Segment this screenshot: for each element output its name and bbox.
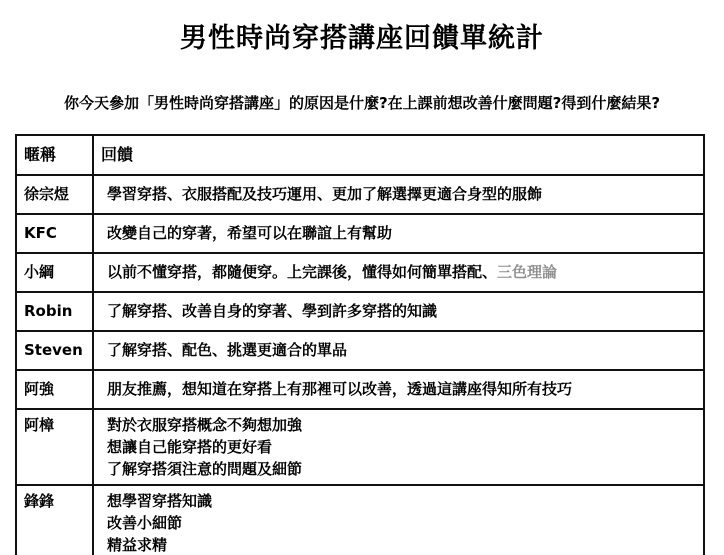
nickname-cell: Steven: [16, 331, 93, 370]
table-row: 小綱 以前不懂穿搭，都隨便穿。上完課後，懂得如何簡單搭配、三色理論: [16, 253, 704, 292]
document-page: 男性時尚穿搭講座回饋單統計 你今天參加「男性時尚穿搭講座」的原因是什麼?在上課前…: [0, 0, 724, 555]
table-row: Steven 了解穿搭、配色、挑選更適合的單品: [16, 331, 704, 370]
nickname-cell: 阿樟: [16, 409, 93, 485]
table-row: KFC 改變自己的穿著，希望可以在聯誼上有幫助: [16, 214, 704, 253]
feedback-text: 以前不懂穿搭，都隨便穿。上完課後，懂得如何簡單搭配、: [107, 263, 497, 281]
table-row: 阿強 朋友推薦，想知道在穿搭上有那裡可以改善，透過這講座得知所有技巧: [16, 370, 704, 409]
feedback-table: 暱稱 回饋 徐宗煜 學習穿搭、衣服搭配及技巧運用、更加了解選擇更適合身型的服飾 …: [15, 134, 705, 555]
table-row: 鋒鋒 想學習穿搭知識 改善小細節 精益求精: [16, 485, 704, 555]
table-row: 阿樟 對於衣服穿搭概念不夠想加強 想讓自己能穿搭的更好看 了解穿搭須注意的問題及…: [16, 409, 704, 485]
feedback-cell: 了解穿搭、配色、挑選更適合的單品: [93, 331, 704, 370]
feedback-cell: 了解穿搭、改善自身的穿著、學到許多穿搭的知識: [93, 292, 704, 331]
table-header-nickname: 暱稱: [16, 135, 93, 175]
nickname-cell: Robin: [16, 292, 93, 331]
feedback-cell: 改變自己的穿著，希望可以在聯誼上有幫助: [93, 214, 704, 253]
nickname-cell: 徐宗煜: [16, 175, 93, 214]
page-title: 男性時尚穿搭講座回饋單統計: [0, 0, 724, 55]
feedback-cell: 學習穿搭、衣服搭配及技巧運用、更加了解選擇更適合身型的服飾: [93, 175, 704, 214]
nickname-cell: 鋒鋒: [16, 485, 93, 555]
nickname-cell: KFC: [16, 214, 93, 253]
survey-question: 你今天參加「男性時尚穿搭講座」的原因是什麼?在上課前想改善什麼問題?得到什麼結果…: [10, 92, 714, 113]
table-header-feedback: 回饋: [93, 135, 704, 175]
feedback-cell: 對於衣服穿搭概念不夠想加強 想讓自己能穿搭的更好看 了解穿搭須注意的問題及細節: [93, 409, 704, 485]
nickname-cell: 小綱: [16, 253, 93, 292]
feedback-highlight: 三色理論: [497, 263, 557, 281]
feedback-cell: 朋友推薦，想知道在穿搭上有那裡可以改善，透過這講座得知所有技巧: [93, 370, 704, 409]
table-row: Robin 了解穿搭、改善自身的穿著、學到許多穿搭的知識: [16, 292, 704, 331]
nickname-cell: 阿強: [16, 370, 93, 409]
table-row: 徐宗煜 學習穿搭、衣服搭配及技巧運用、更加了解選擇更適合身型的服飾: [16, 175, 704, 214]
feedback-cell: 以前不懂穿搭，都隨便穿。上完課後，懂得如何簡單搭配、三色理論: [93, 253, 704, 292]
feedback-cell: 想學習穿搭知識 改善小細節 精益求精: [93, 485, 704, 555]
table-header-row: 暱稱 回饋: [16, 135, 704, 175]
